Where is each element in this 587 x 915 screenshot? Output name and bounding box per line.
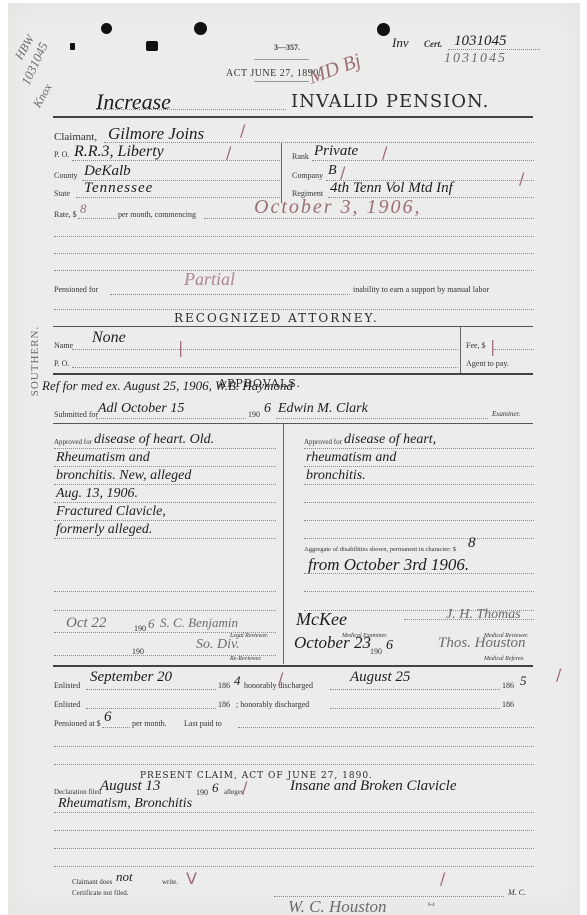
aggregate-line [304, 573, 534, 574]
attorney-name-line [72, 349, 458, 350]
alleges-label: alleges [224, 788, 243, 796]
red-annotation: MD Bj [306, 49, 365, 89]
divider [53, 423, 533, 424]
write-label: write. [162, 878, 178, 886]
cert-label: Cert. [424, 39, 442, 49]
enlisted-year: 4 [234, 673, 241, 689]
rereviewer-label: Re-Reviewer. [230, 656, 261, 662]
blank-line [54, 866, 534, 867]
blank-line [54, 830, 534, 831]
divider [254, 81, 309, 82]
cert-prefix: Inv [392, 35, 409, 51]
blank-line [54, 309, 534, 310]
legal-reviewer-name: S. C. Benjamin [160, 615, 238, 631]
approved-text: bronchitis. New, alleged [56, 468, 191, 484]
enlisted-year-prefix: 186 [218, 681, 230, 690]
alleges-line-2: Rheumatism, Bronchitis [58, 796, 192, 812]
submitted-label: Submitted for [54, 410, 98, 419]
alleges-value: Insane and Broken Clavicle [290, 778, 456, 795]
declaration-year: 6 [212, 780, 219, 796]
attorney-heading: RECOGNIZED ATTORNEY. [174, 311, 379, 325]
discharged-year: 5 [520, 673, 527, 689]
medical-referee-label: Medical Referee. [484, 656, 525, 662]
approved-text: Aug. 13, 1906. [56, 486, 138, 502]
medical-reviewer-name: J. H. Thomas [446, 607, 521, 623]
approved-line [54, 502, 276, 503]
pensioned-at-label: Pensioned at $ [54, 719, 101, 728]
attorney-po-label: P. O. [54, 359, 69, 368]
discharged-line [330, 689, 500, 690]
attorney-name-value: None [92, 329, 126, 347]
divider [53, 665, 533, 667]
pensioned-for-line [110, 294, 350, 295]
divider [460, 327, 461, 373]
divider [53, 116, 533, 118]
rate-line [78, 218, 116, 219]
aggregate-label: Aggregate of disabilities shown, permane… [304, 546, 456, 553]
discharged-year-prefix: 186 [502, 681, 514, 690]
enlisted-line [86, 689, 216, 690]
enlisted-value: September 20 [90, 669, 172, 686]
approved-line [304, 520, 534, 521]
punch-hole [70, 43, 75, 50]
form-title: INVALID PENSION. [291, 91, 489, 112]
aggregate-from: from October 3rd 1906. [308, 555, 469, 575]
approved-text: disease of heart, [344, 432, 436, 448]
divider [283, 424, 284, 664]
check-mark: / [226, 143, 231, 162]
blank-line [54, 591, 276, 592]
last-paid-line [238, 727, 534, 728]
check-mark: / [440, 869, 445, 888]
legal-review-date: Oct 22 [66, 615, 106, 632]
blank-line [54, 746, 534, 747]
approved-text: Rheumatism and [56, 450, 150, 466]
attorney-name-label: Name [54, 341, 73, 350]
claimant-does-label: Claimant does [72, 878, 112, 886]
claimant-does-value: not [116, 869, 133, 885]
county-value: DeKalb [84, 163, 131, 180]
state-label: State [54, 189, 70, 198]
approved-line [304, 484, 534, 485]
approved-line [54, 484, 276, 485]
submitted-year: 6 [264, 401, 271, 417]
declaration-label: Declaration filed [54, 788, 101, 796]
alleges-line [54, 812, 534, 813]
commencing-value: October 3, 1906, [254, 196, 422, 219]
pensioned-at-value: 6 [104, 709, 112, 726]
footer-code: 6-4 [428, 903, 435, 908]
mc-signature: W. C. Houston [288, 897, 387, 915]
blank-line [54, 270, 534, 271]
blank-line [304, 591, 534, 592]
approved-line [304, 538, 534, 539]
regiment-value: 4th Tenn Vol Mtd Inf [330, 180, 453, 197]
mc-label: M. C. [508, 888, 526, 897]
pensioned-for-suffix: inability to earn a support by manual la… [353, 285, 489, 294]
rereviewer-name: So. Div. [196, 637, 240, 653]
rate-value: 8 [80, 201, 87, 217]
state-value: Tennessee [84, 180, 153, 197]
approved-line [304, 502, 534, 503]
medical-year: 6 [386, 638, 393, 654]
check-mark: / [340, 163, 345, 182]
company-label: Company [292, 171, 323, 180]
cert-number-secondary: 1031045 [444, 51, 507, 67]
county-label: County [54, 171, 78, 180]
cert-line [448, 49, 540, 50]
blank-line [54, 236, 534, 237]
divider [53, 373, 533, 375]
submitted-value: Adl October 15 [98, 401, 184, 417]
class-handwritten: Increase [96, 89, 171, 115]
approved-line [54, 448, 276, 449]
legal-review-year: 6 [148, 616, 155, 632]
approved-text: disease of heart. Old. [94, 432, 214, 448]
examiner-name: Edwin M. Clark [278, 401, 368, 417]
margin-note-knox: Knox [30, 81, 56, 110]
certificate-label: Certificate not filed. [72, 889, 129, 897]
blank-line [54, 848, 534, 849]
claimant-label: Claimant, [54, 131, 97, 143]
submitted-line [96, 418, 246, 419]
examiner-line [276, 418, 488, 419]
medical-examiner-name: McKee [296, 609, 347, 630]
approved-line [54, 538, 276, 539]
approved-line [54, 520, 276, 521]
side-label: SOUTHERN. [29, 326, 41, 396]
last-paid-label: Last paid to [184, 719, 222, 728]
approved-line [304, 466, 534, 467]
divider [53, 326, 533, 327]
punch-hole [377, 23, 390, 36]
punch-hole [146, 41, 158, 51]
discharged-value: August 25 [350, 669, 410, 686]
commencing-line [204, 218, 534, 219]
declaration-value: August 13 [100, 778, 160, 795]
rank-line [312, 160, 534, 161]
rank-label: Rank [292, 152, 309, 161]
right-approved-label: Approved for [304, 438, 342, 446]
approved-line [304, 448, 534, 449]
agent-label: Agent to pay. [466, 359, 509, 368]
check-mark: / [278, 669, 283, 688]
fee-line [494, 349, 534, 350]
pensioned-for-label: Pensioned for [54, 285, 98, 294]
check-mark: / [556, 665, 561, 684]
enlisted-label-2: Enlisted [54, 700, 80, 709]
company-value: B [328, 163, 337, 179]
check-mark: / [240, 121, 245, 140]
cert-number: 1031045 [454, 33, 507, 50]
class-line [96, 109, 286, 110]
po-value: R.R.3, Liberty [74, 143, 164, 161]
check-mark: / [382, 143, 387, 162]
declaration-year-prefix: 190 [196, 788, 208, 797]
check-mark: / [242, 778, 247, 797]
pensioned-per-month: per month. [132, 719, 167, 728]
pension-card: HBW 1031045 Knox 3—357. ACT JUNE 27, 189… [8, 3, 580, 915]
check-mark: / [519, 169, 524, 188]
per-month-label: per month, commencing [118, 210, 196, 219]
blank-line [54, 764, 534, 765]
enlisted-label: Enlisted [54, 681, 80, 690]
ref-note: Ref for med ex. August 25, 1906, W.B. Ha… [42, 378, 293, 394]
divider [254, 59, 309, 60]
pensioned-at-line [102, 727, 130, 728]
approved-text: rheumatism and [306, 450, 396, 466]
medical-referee-name: Thos. Houston [438, 635, 526, 652]
po-line [72, 160, 282, 161]
claimant-name: Gilmore Joins [108, 124, 204, 144]
submitted-year-prefix: 190 [248, 410, 260, 419]
punch-hole [101, 23, 112, 34]
approved-text: Fractured Clavicle, [56, 504, 166, 520]
rank-value: Private [314, 143, 358, 160]
left-approved-label: Approved for [54, 438, 92, 446]
attorney-po-line [72, 367, 458, 368]
discharged-label-2: ; honorably discharged [236, 700, 309, 709]
fee-label: Fee, $ [466, 341, 486, 350]
medical-year-prefix: 190 [370, 647, 382, 656]
pensioned-for-value: Partial [184, 269, 235, 290]
approved-text: bronchitis. [306, 468, 366, 484]
check-mark: | [178, 338, 183, 357]
discharged-line-2 [330, 708, 500, 709]
examiner-label: Examiner. [492, 410, 520, 418]
blank-line [54, 610, 276, 611]
medical-date: October 23 [294, 633, 371, 653]
approved-text: formerly alleged. [56, 522, 152, 538]
po-label: P. O. [54, 150, 69, 159]
check-mark: V [186, 869, 197, 888]
blank-line [54, 253, 534, 254]
approved-line [54, 466, 276, 467]
punch-hole [194, 22, 207, 35]
divider [281, 143, 282, 203]
form-number: 3—357. [274, 43, 300, 52]
state-line [76, 197, 282, 198]
rate-label: Rate, $ [54, 210, 77, 219]
check-mark: | [490, 337, 495, 356]
enlisted-year-prefix-2: 186 [218, 700, 230, 709]
discharged-year-prefix-2: 186 [502, 700, 514, 709]
